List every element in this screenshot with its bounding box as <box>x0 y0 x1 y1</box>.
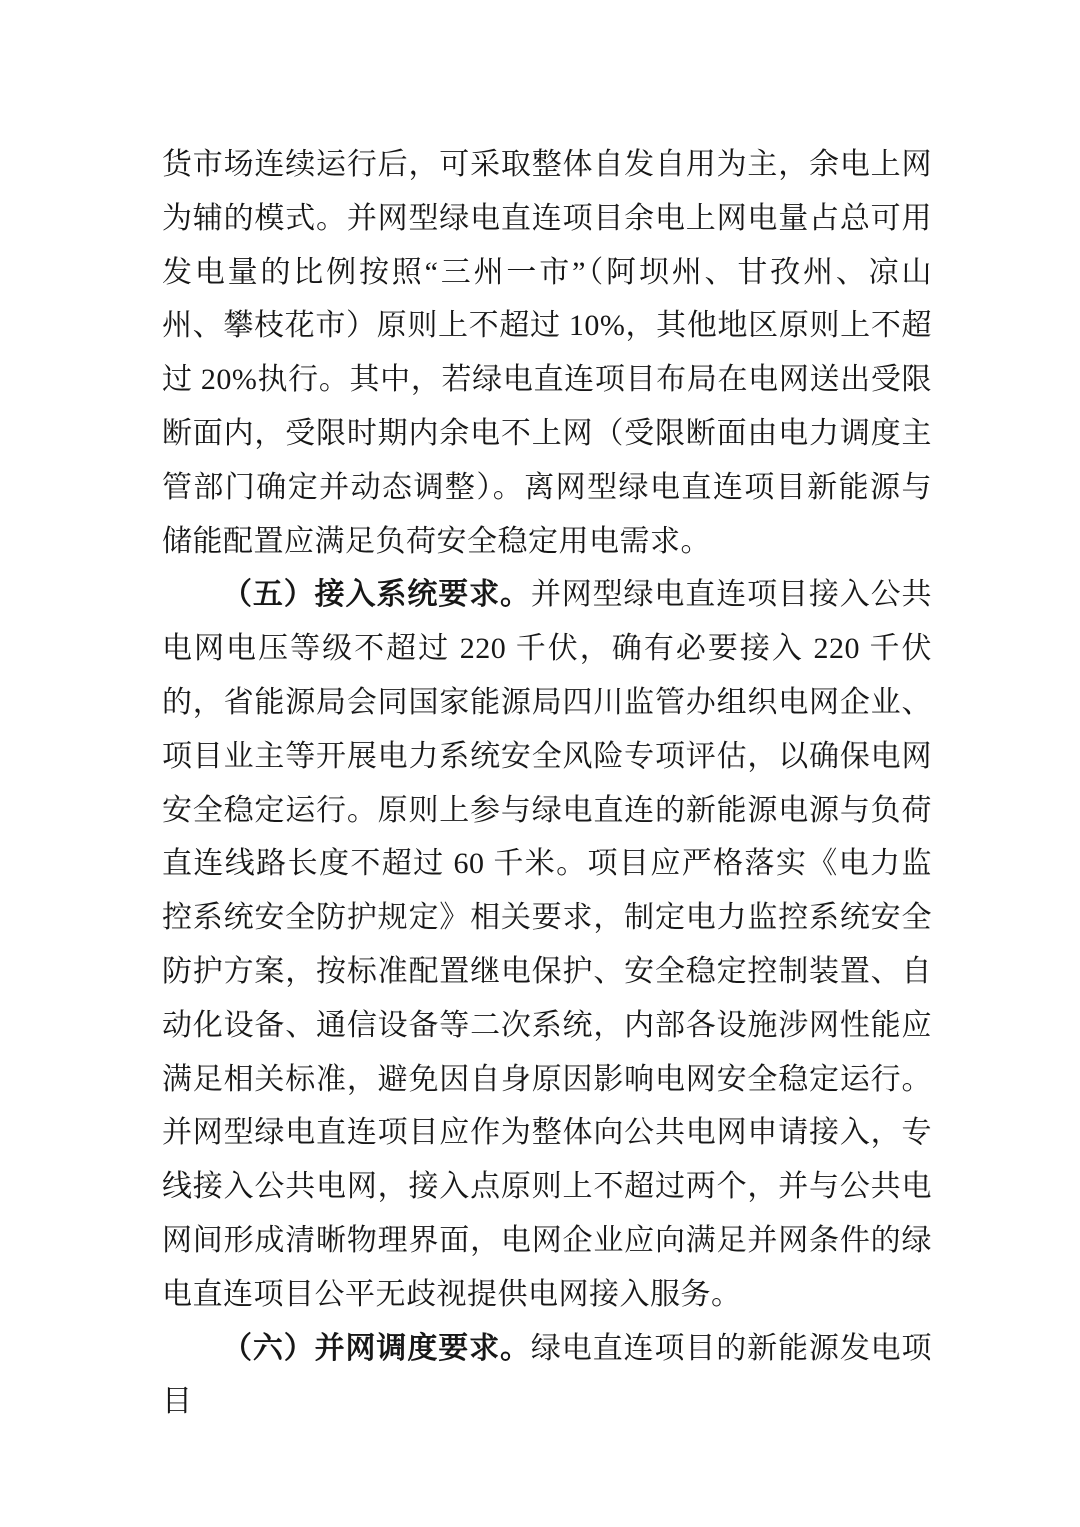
document-body-text: 货市场连续运行后，可采取整体自发自用为主，余电上网为辅的模式。并网型绿电直连项目… <box>162 138 932 1429</box>
paragraph-text: 货市场连续运行后，可采取整体自发自用为主，余电上网为辅的模式。并网型绿电直连项目… <box>162 148 932 558</box>
document-page: 货市场连续运行后，可采取整体自发自用为主，余电上网为辅的模式。并网型绿电直连项目… <box>0 0 1080 1527</box>
section-5-heading: （五）接入系统要求。 <box>222 578 531 611</box>
paragraph-section-6: （六）并网调度要求。绿电直连项目的新能源发电项目 <box>162 1322 932 1430</box>
paragraph-text: 并网型绿电直连项目接入公共电网电压等级不超过 220 千伏，确有必要接入 220… <box>162 578 932 1310</box>
paragraph-continuation: 货市场连续运行后，可采取整体自发自用为主，余电上网为辅的模式。并网型绿电直连项目… <box>162 138 932 568</box>
section-6-heading: （六）并网调度要求。 <box>222 1332 531 1365</box>
paragraph-section-5: （五）接入系统要求。并网型绿电直连项目接入公共电网电压等级不超过 220 千伏，… <box>162 568 932 1321</box>
